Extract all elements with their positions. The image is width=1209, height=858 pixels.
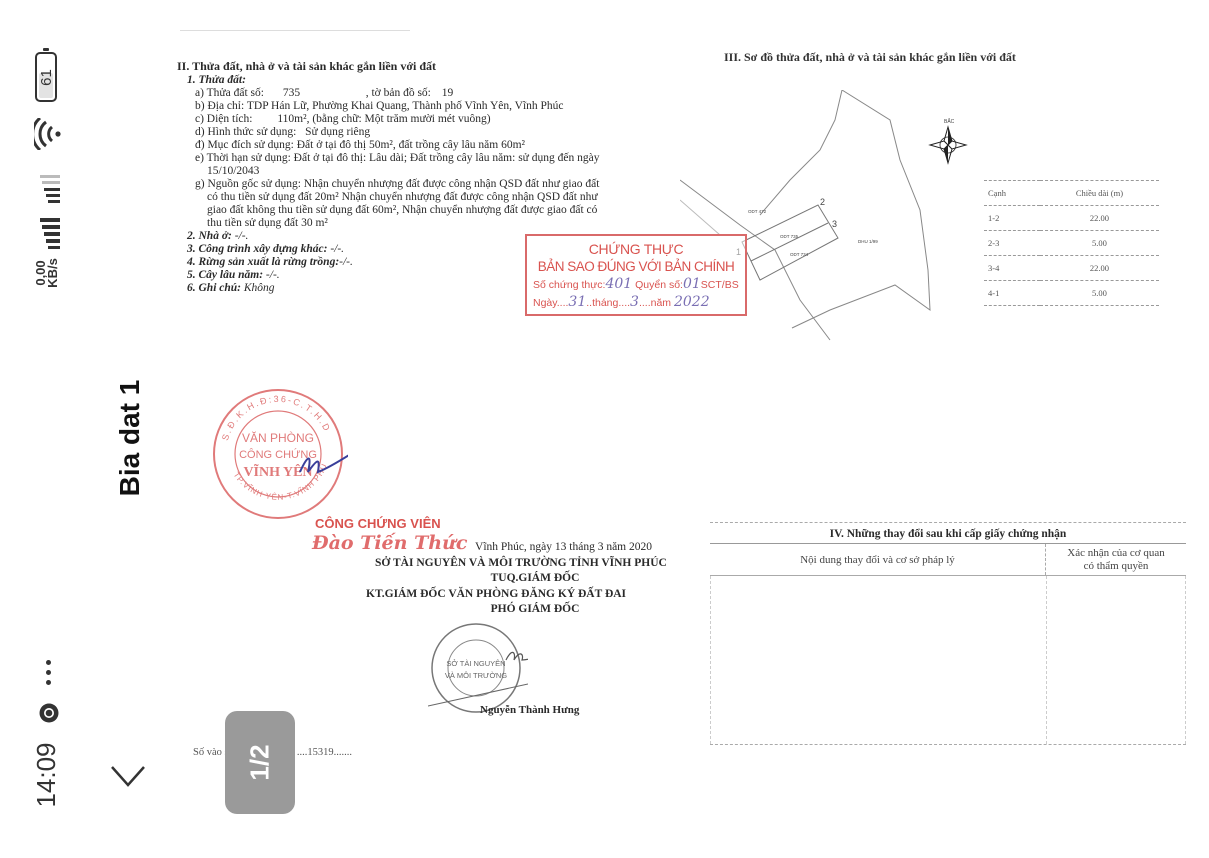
stamp-cert-line: Số chứng thực:401 Quyển số:01SCT/BS [527, 276, 745, 292]
more-icon[interactable] [42, 660, 54, 690]
perennial-label: 5. Cây lâu năm: [187, 269, 263, 281]
column-header: Chiều dài (m) [1040, 181, 1159, 206]
other-construction-value: -/-. [330, 243, 344, 255]
wifi-icon [34, 118, 64, 150]
edge-cell: 3-4 [984, 256, 1040, 281]
page-indicator[interactable]: 1/2 [225, 711, 295, 814]
column-header: Cạnh [984, 181, 1040, 206]
book-number: 01 [683, 276, 701, 292]
battery-icon: 61 [35, 52, 57, 102]
perennial-value: -/-. [266, 269, 280, 281]
vertex-3: 3 [832, 219, 837, 229]
authorization-line: TUQ.GIÁM ĐỐC [360, 571, 710, 587]
usage-term-value: Đất ở tại đô thị: Lâu dài; Đất trồng cây… [294, 152, 600, 164]
usage-purpose-row: đ) Mục đích sử dụng: Đất ở tại đô thị 50… [177, 139, 657, 152]
house-label: 2. Nhà ở: [187, 230, 232, 242]
origin-value-line4: thu tiền sử dụng đất 30 m² [177, 217, 657, 230]
other-construction-label: 3. Công trình xây dựng khác: [187, 243, 327, 255]
address-label: b) Địa chỉ: [195, 100, 244, 112]
origin-value-line2: có thu tiền sử dụng đất 20m² Nhận chuyển… [177, 191, 657, 204]
usage-form-value: Sử dụng riêng [305, 126, 370, 138]
column-header: Nội dung thay đổi và cơ sở pháp lý [710, 544, 1046, 575]
notary-title: CÔNG CHỨNG VIÊN [315, 516, 441, 531]
month-value: 3 [630, 294, 639, 310]
changes-table: IV. Những thay đổi sau khi cấp giấy chứn… [710, 522, 1186, 745]
year-label: năm [651, 297, 671, 309]
section3-heading: III. Sơ đồ thửa đất, nhà ở và tài sản kh… [724, 50, 1016, 65]
origin-label: g) Nguồn gốc sử dụng: [195, 178, 301, 190]
land-subheading: 1. Thửa đất: [177, 74, 657, 87]
forest-value: -/-. [339, 256, 353, 268]
length-cell: 22.00 [1040, 256, 1159, 281]
chrome-icon [38, 702, 60, 724]
svg-text:CÔNG CHỨNG: CÔNG CHỨNG [239, 448, 317, 461]
authority-line: SỞ TÀI NGUYÊN VÀ MÔI TRƯỜNG TỈNH VĨNH PH… [360, 556, 710, 572]
usage-term-label: e) Thời hạn sử dụng: [195, 152, 291, 164]
address-row: b) Địa chỉ: TDP Hán Lữ, Phường Khai Quan… [177, 100, 657, 113]
usage-purpose-value: Đất ở tại đô thị 50m², đất trồng cây lâu… [297, 139, 525, 151]
changes-confirmation-cell [1047, 576, 1186, 744]
usage-form-row: d) Hình thức sử dụng: Sử dụng riêng [177, 126, 657, 139]
network-speed-unit: KB/s [47, 233, 59, 313]
table-row: 2-35.00 [984, 231, 1159, 256]
month-label: tháng [592, 297, 618, 309]
area-value: 110m², (bằng chữ: Một trăm mười mét vuôn… [277, 113, 490, 125]
edge-cell: 1-2 [984, 206, 1040, 231]
edge-cell: 4-1 [984, 281, 1040, 306]
edge-cell: 2-3 [984, 231, 1040, 256]
svg-text:BẮC: BẮC [944, 117, 955, 125]
section2-heading: II. Thửa đất, nhà ở và tài sản khác gắn … [177, 60, 657, 73]
cert-label: Số chứng thực: [533, 279, 605, 291]
note-label: 6. Ghi chú: [187, 282, 241, 294]
vertex-2: 2 [820, 197, 825, 207]
position-line: PHÓ GIÁM ĐỐC [360, 602, 710, 618]
stamp-date-line: Ngày....31..tháng....3....năm 2022 [527, 294, 745, 310]
origin-value: Nhận chuyển nhượng đất được công nhận QS… [304, 178, 600, 190]
area-row: c) Diện tích: 110m², (bằng chữ: Một trăm… [177, 113, 657, 126]
house-value: -/-. [235, 230, 249, 242]
day-value: 31 [568, 294, 586, 310]
usage-purpose-label: đ) Mục đích sử dụng: [195, 139, 294, 151]
signal-sim2-icon [36, 162, 62, 204]
signature-block: Vĩnh Phúc, ngày 13 tháng 3 năm 2020 SỞ T… [360, 540, 710, 618]
notary-seal-icon: S.Đ.K.H.Đ:36-C.T.H.D TP.VĨNH YÊN-T.VĨNH … [208, 384, 348, 524]
document-title: Bia dat 1 [110, 368, 150, 508]
table-header-row: Cạnh Chiều dài (m) [984, 181, 1159, 206]
page-indicator-text: 1/2 [245, 744, 276, 780]
section4-heading: IV. Những thay đổi sau khi cấp giấy chứn… [710, 522, 1186, 544]
origin-value-line3: giao đất không thu tiền sử dụng đất 60m²… [177, 204, 657, 217]
table-row: 3-422.00 [984, 256, 1159, 281]
book-label: Quyển số: [635, 279, 683, 291]
stamp-line1: CHỨNG THỰC [527, 241, 745, 257]
changes-table-body [710, 576, 1186, 745]
parcel-number-label: a) Thửa đất số: [195, 87, 264, 99]
network-speed: 0,00 KB/s [35, 233, 65, 313]
department-seal-icon: SỞ TÀI NGUYÊN VÀ MÔI TRƯỜNG [428, 618, 528, 718]
svg-text:VĂN PHÒNG: VĂN PHÒNG [242, 430, 314, 445]
signer-name: Nguyễn Thành Hưng [480, 704, 579, 716]
cert-number: 401 [605, 276, 632, 292]
svg-text:DHU 1/99: DHU 1/99 [858, 239, 878, 244]
origin-row: g) Nguồn gốc sử dụng: Nhận chuyển nhượng… [177, 178, 657, 191]
registry-value: 15319 [307, 747, 333, 758]
length-cell: 22.00 [1040, 206, 1159, 231]
address-value: TDP Hán Lữ, Phường Khai Quang, Thành phố… [247, 100, 564, 112]
column-header-line1: Xác nhận của cơ quan [1046, 547, 1186, 560]
edge-length-table: Cạnh Chiều dài (m) 1-222.00 2-35.00 3-42… [984, 180, 1159, 306]
office-line: KT.GIÁM ĐỐC VĂN PHÒNG ĐĂNG KÝ ĐẤT ĐAI [360, 587, 710, 603]
column-header: Xác nhận của cơ quan có thẩm quyền [1046, 544, 1186, 575]
parcel-number-value: 735 [283, 87, 363, 100]
certified-copy-stamp: CHỨNG THỰC BẢN SAO ĐÚNG VỚI BẢN CHÍNH Số… [525, 234, 747, 316]
note-value: Không [244, 282, 275, 294]
stamp-line2: BẢN SAO ĐÚNG VỚI BẢN CHÍNH [527, 259, 745, 274]
svg-text:SỞ TÀI NGUYÊN: SỞ TÀI NGUYÊN [446, 659, 505, 668]
parcel-number-row: a) Thửa đất số: 735 , tờ bản đồ số: 19 [177, 87, 657, 100]
column-header-line2: có thẩm quyền [1046, 560, 1186, 573]
table-row: 1-222.00 [984, 206, 1159, 231]
svg-text:VÀ MÔI TRƯỜNG: VÀ MÔI TRƯỜNG [445, 671, 507, 680]
area-label: c) Diện tích: [195, 113, 252, 125]
table-row: 4-15.00 [984, 281, 1159, 306]
usage-form-label: d) Hình thức sử dụng: [195, 126, 296, 138]
svg-text:VĨNH YÊN: VĨNH YÊN [243, 462, 312, 480]
svg-text:ODT 735: ODT 735 [780, 234, 799, 239]
year-value: 2022 [674, 294, 710, 310]
forest-label: 4. Rừng sản xuất là rừng trồng: [187, 256, 339, 268]
svg-text:ODT 472: ODT 472 [748, 209, 767, 214]
chevron-down-icon[interactable] [108, 763, 148, 789]
issue-date: Vĩnh Phúc, ngày 13 tháng 3 năm 2020 [360, 540, 710, 556]
day-label: Ngày [533, 297, 557, 309]
battery-level: 61 [38, 69, 55, 86]
changes-content-cell [710, 576, 1047, 744]
svg-text:ODT 734: ODT 734 [790, 252, 809, 257]
usage-term-date: 15/10/2043 [177, 165, 657, 178]
map-sheet-value: 19 [442, 87, 454, 99]
length-cell: 5.00 [1040, 231, 1159, 256]
length-cell: 5.00 [1040, 281, 1159, 306]
book-suffix: SCT/BS [701, 279, 739, 291]
usage-term-row: e) Thời hạn sử dụng: Đất ở tại đô thị: L… [177, 152, 657, 165]
clock: 14:09 [31, 735, 61, 815]
map-sheet-label: , tờ bản đồ số: [366, 87, 431, 99]
divider [180, 30, 410, 31]
document-page: II. Thửa đất, nhà ở và tài sản khác gắn … [0, 0, 1209, 858]
compass-icon: BẮC [930, 117, 966, 163]
changes-table-header: Nội dung thay đổi và cơ sở pháp lý Xác n… [710, 544, 1186, 576]
